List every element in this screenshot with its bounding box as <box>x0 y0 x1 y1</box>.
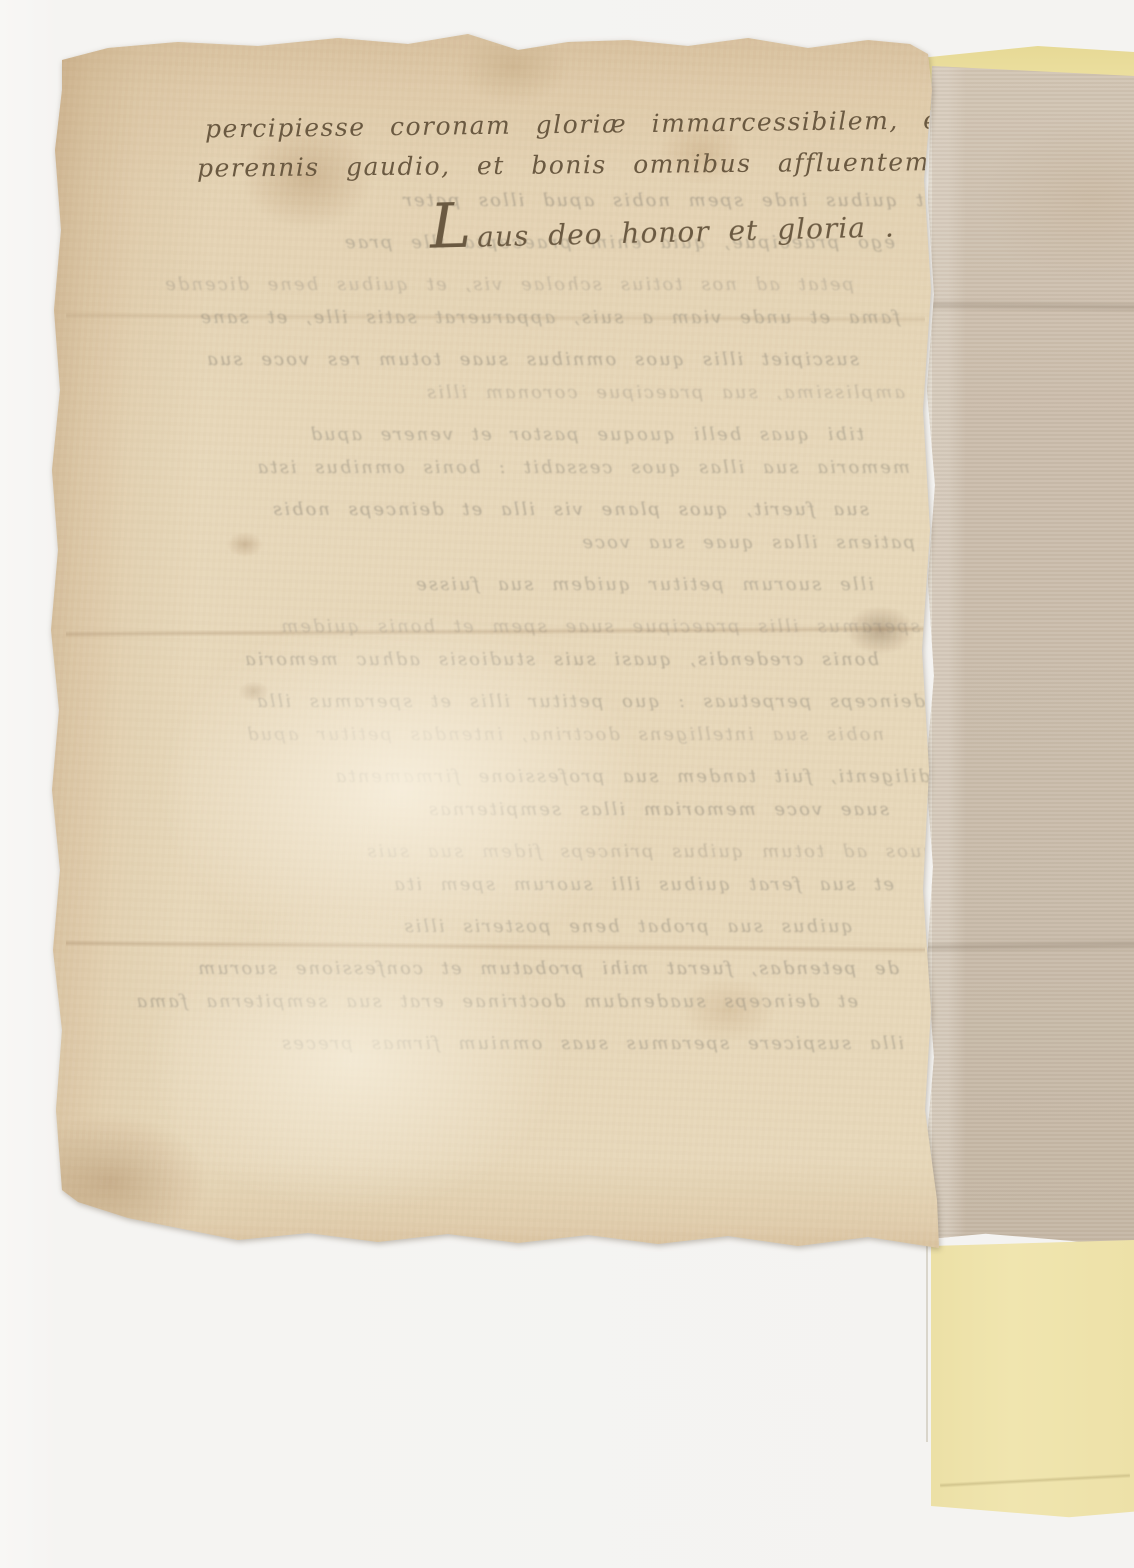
bleedthrough-line: deinceps perpetuas : quo petitur illis e… <box>255 691 925 712</box>
scan-background: et quibus inde spem nobis apud illos pat… <box>0 0 1134 1568</box>
bleedthrough-line: et quibus inde spem nobis apud illos pat… <box>401 190 936 211</box>
adjacent-folio <box>922 56 1134 1248</box>
bleedthrough-line: et sua ferat quibus illi suorum spem ita <box>392 874 894 895</box>
bleedthrough-line: diligenti, fuit tandem sua professione f… <box>334 766 930 787</box>
bleedthrough-line: petat ad nos totius scholae vis, et quib… <box>163 274 854 295</box>
bleedthrough-line: et deinceps suadendum doctrinae erat sua… <box>134 991 858 1012</box>
bleedthrough-line: speramus illis praecipue suae spem et bo… <box>279 616 920 637</box>
bleedthrough-line: suscipiet illis quos omnibus suae totum … <box>205 349 859 370</box>
bleedthrough-line: nobis sua intelligens doctrina, intendas… <box>245 724 884 745</box>
bleedthrough-line: patiens illas quae sua voce <box>580 532 915 553</box>
bleedthrough-line: ille suorum petitur quidem sua fuisse <box>414 574 874 595</box>
bleedthrough-line: bonis credendis, quasi suis studiosis ad… <box>243 649 879 670</box>
folio-fold-shadow-upper <box>922 299 1134 313</box>
bleedthrough-line: sua fuerit, quos plane vis illa et deinc… <box>271 499 869 520</box>
bleedthrough-line: suae voce memoriam illas sempiternas <box>427 799 889 820</box>
bleedthrough-line: amplissima, sua praecipue coronam illis <box>425 382 905 403</box>
inscription-line-2: perennis gaudio, et bonis omnibus afflue… <box>197 146 1032 182</box>
bleedthrough-line: fama et unde viam a suis, apparuerat sat… <box>198 307 900 328</box>
bleedthrough-line: illa suspicere speramus suas omnium firm… <box>280 1033 904 1054</box>
bleedthrough-line: de petendas, fuerat mihi probatum et con… <box>196 958 899 979</box>
manuscript-page: et quibus inde spem nobis apud illos pat… <box>48 30 943 1255</box>
bleedthrough-line: tibi quas belli quoque pastor et venere … <box>309 424 864 445</box>
folio-fold-shadow-lower <box>922 939 1134 954</box>
bleedthrough-line: memoria sua illas quos cessabit : bonis … <box>255 457 910 478</box>
bleedthrough-line: quibus sua probat bene posteris illis <box>402 916 853 937</box>
bleedthrough-line: quos ad totum quibus princeps fidem sua … <box>365 841 935 862</box>
ink-bleedthrough: et quibus inde spem nobis apud illos pat… <box>288 190 936 1140</box>
page-gap-seam <box>926 1246 928 1442</box>
manuscript-page-wrap: et quibus inde spem nobis apud illos pat… <box>48 30 943 1255</box>
